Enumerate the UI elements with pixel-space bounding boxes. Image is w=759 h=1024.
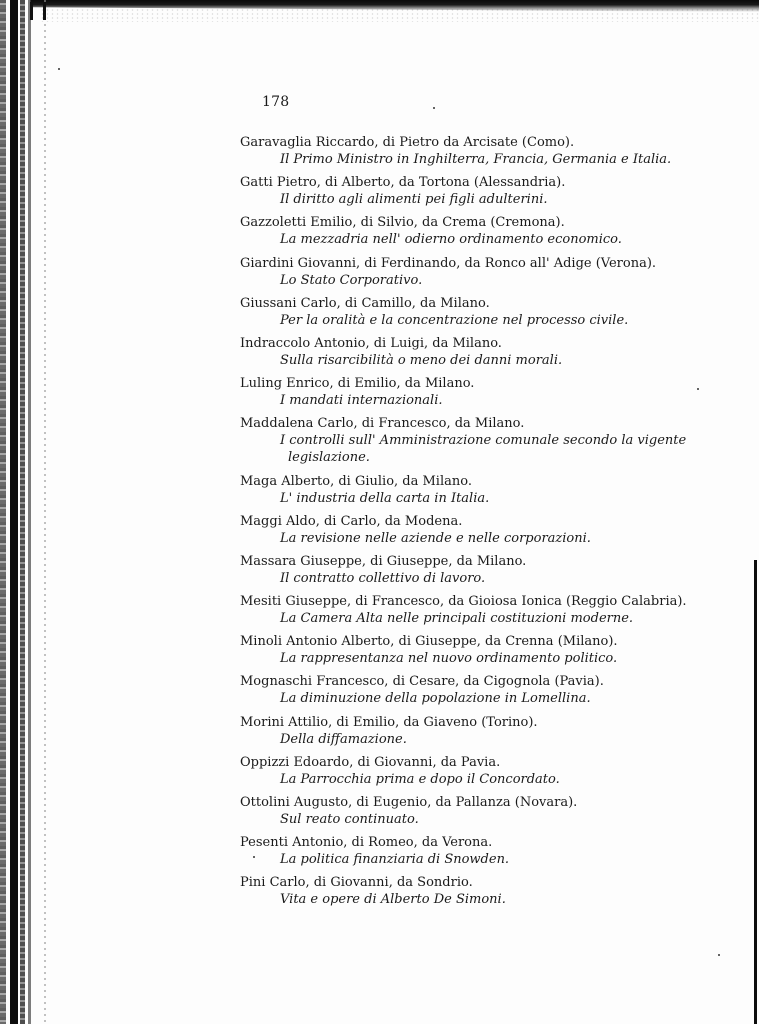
thesis-title: Vita e opere di Alberto De Simoni. <box>240 891 690 908</box>
thesis-list: Garavaglia Riccardo, di Pietro da Arcisa… <box>240 134 690 915</box>
author-line: Massara Giuseppe, di Giuseppe, da Milano… <box>240 553 690 570</box>
author-line: Mognaschi Francesco, di Cesare, da Cigog… <box>240 673 690 690</box>
list-item: Morini Attilio, di Emilio, da Giaveno (T… <box>240 714 690 748</box>
thesis-title: Lo Stato Corporativo. <box>240 272 690 289</box>
author-line: Pesenti Antonio, di Romeo, da Verona. <box>240 834 690 851</box>
author-line: Gazzoletti Emilio, di Silvio, da Crema (… <box>240 214 690 231</box>
thesis-title: I mandati internazionali. <box>240 392 690 409</box>
list-item: Giussani Carlo, di Camillo, da Milano. P… <box>240 295 690 329</box>
thesis-title: I controlli sull' Amministrazione comuna… <box>240 432 690 449</box>
list-item: Ottolini Augusto, di Eugenio, da Pallanz… <box>240 794 690 828</box>
author-line: Oppizzi Edoardo, di Giovanni, da Pavia. <box>240 754 690 771</box>
scan-speck <box>718 954 720 956</box>
author-line: Gatti Pietro, di Alberto, da Tortona (Al… <box>240 174 690 191</box>
thesis-title: Sul reato continuato. <box>240 811 690 828</box>
thesis-title: L' industria della carta in Italia. <box>240 490 690 507</box>
list-item: Mesiti Giuseppe, di Francesco, da Gioios… <box>240 593 690 627</box>
list-item: Mognaschi Francesco, di Cesare, da Cigog… <box>240 673 690 707</box>
author-line: Garavaglia Riccardo, di Pietro da Arcisa… <box>240 134 690 151</box>
author-line: Minoli Antonio Alberto, di Giuseppe, da … <box>240 633 690 650</box>
thesis-title: La Parrocchia prima e dopo il Concordato… <box>240 771 690 788</box>
scan-speck <box>433 107 435 109</box>
thesis-title-continuation: legislazione. <box>240 449 690 466</box>
author-line: Ottolini Augusto, di Eugenio, da Pallanz… <box>240 794 690 811</box>
scan-speck <box>697 388 699 390</box>
author-line: Maggi Aldo, di Carlo, da Modena. <box>240 513 690 530</box>
thesis-title: La revisione nelle aziende e nelle corpo… <box>240 530 690 547</box>
author-line: Morini Attilio, di Emilio, da Giaveno (T… <box>240 714 690 731</box>
thesis-title: Della diffamazione. <box>240 731 690 748</box>
author-line: Mesiti Giuseppe, di Francesco, da Gioios… <box>240 593 690 610</box>
author-line: Luling Enrico, di Emilio, da Milano. <box>240 375 690 392</box>
author-line: Giussani Carlo, di Camillo, da Milano. <box>240 295 690 312</box>
list-item: Giardini Giovanni, di Ferdinando, da Ron… <box>240 255 690 289</box>
book-binding-edge <box>0 0 50 1024</box>
thesis-title: La rappresentanza nel nuovo ordinamento … <box>240 650 690 667</box>
list-item: Luling Enrico, di Emilio, da Milano. I m… <box>240 375 690 409</box>
list-item: Gatti Pietro, di Alberto, da Tortona (Al… <box>240 174 690 208</box>
list-item: Maggi Aldo, di Carlo, da Modena. La revi… <box>240 513 690 547</box>
thesis-title: Il Primo Ministro in Inghilterra, Franci… <box>240 151 690 168</box>
author-line: Maga Alberto, di Giulio, da Milano. <box>240 473 690 490</box>
page-number: 178 <box>262 94 289 110</box>
list-item: Oppizzi Edoardo, di Giovanni, da Pavia. … <box>240 754 690 788</box>
thesis-title: La diminuzione della popolazione in Lome… <box>240 690 690 707</box>
list-item: Garavaglia Riccardo, di Pietro da Arcisa… <box>240 134 690 168</box>
list-item: Gazzoletti Emilio, di Silvio, da Crema (… <box>240 214 690 248</box>
thesis-title: La mezzadria nell' odierno ordinamento e… <box>240 231 690 248</box>
thesis-title: La Camera Alta nelle principali costituz… <box>240 610 690 627</box>
list-item: Indraccolo Antonio, di Luigi, da Milano.… <box>240 335 690 369</box>
list-item: Minoli Antonio Alberto, di Giuseppe, da … <box>240 633 690 667</box>
author-line: Indraccolo Antonio, di Luigi, da Milano. <box>240 335 690 352</box>
thesis-title: Per la oralità e la concentrazione nel p… <box>240 312 690 329</box>
list-item: Pesenti Antonio, di Romeo, da Verona. La… <box>240 834 690 868</box>
list-item: Massara Giuseppe, di Giuseppe, da Milano… <box>240 553 690 587</box>
author-line: Pini Carlo, di Giovanni, da Sondrio. <box>240 874 690 891</box>
thesis-title: La politica finanziaria di Snowden. <box>240 851 690 868</box>
thesis-title: Il contratto collettivo di lavoro. <box>240 570 690 587</box>
thesis-title: Sulla risarcibilità o meno dei danni mor… <box>240 352 690 369</box>
list-item: Maga Alberto, di Giulio, da Milano. L' i… <box>240 473 690 507</box>
author-line: Maddalena Carlo, di Francesco, da Milano… <box>240 415 690 432</box>
list-item: Pini Carlo, di Giovanni, da Sondrio. Vit… <box>240 874 690 908</box>
scan-speck <box>58 68 60 70</box>
thesis-title: Il diritto agli alimenti pei figli adult… <box>240 191 690 208</box>
scan-right-edge <box>754 560 757 1024</box>
scanned-page: 178 Garavaglia Riccardo, di Pietro da Ar… <box>0 0 759 1024</box>
list-item: Maddalena Carlo, di Francesco, da Milano… <box>240 415 690 466</box>
author-line: Giardini Giovanni, di Ferdinando, da Ron… <box>240 255 690 272</box>
scan-noise <box>40 8 759 22</box>
